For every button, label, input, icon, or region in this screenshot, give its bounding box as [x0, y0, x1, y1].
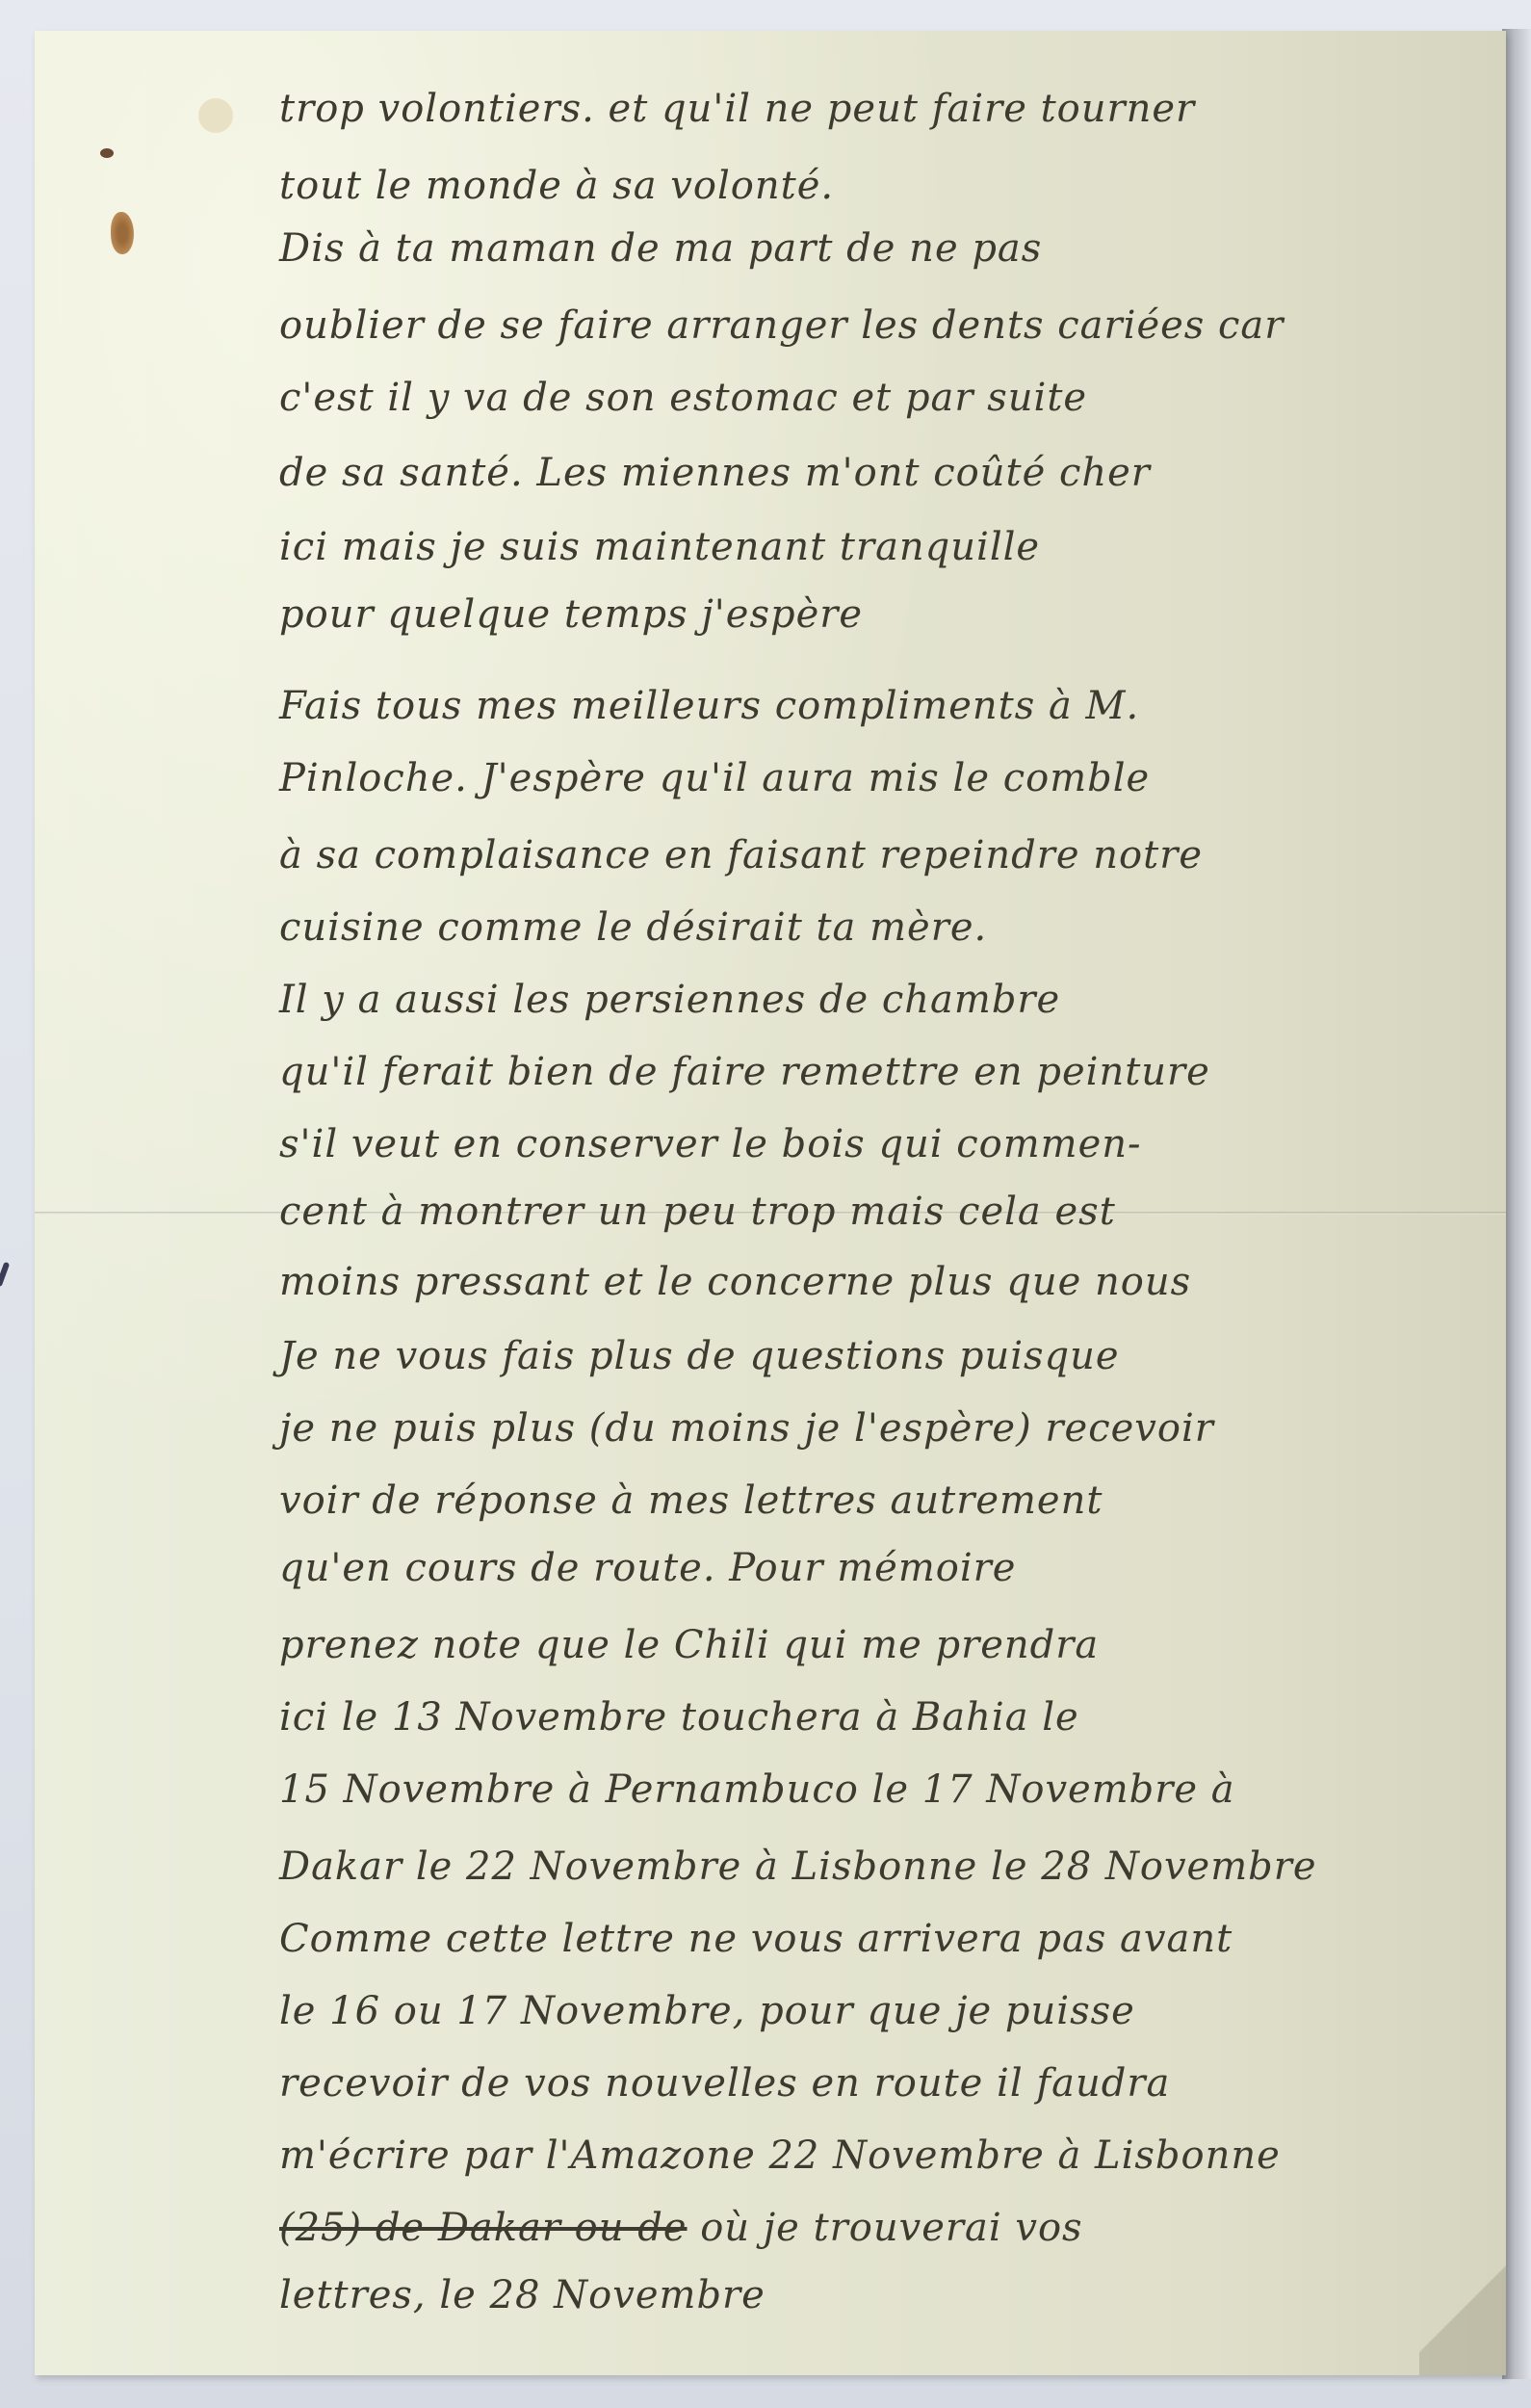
text-line: voir de réponse à mes lettres autrement [279, 1479, 1473, 1523]
ink-mark [0, 1262, 10, 1287]
text-line: prenez note que le Chili qui me prendra [279, 1623, 1473, 1667]
text-line: ici le 13 Novembre touchera à Bahia le [279, 1695, 1473, 1740]
text-line: pour quelque temps j'espère [279, 592, 1473, 637]
text-line: Dis à ta maman de ma part de ne pas [279, 226, 1473, 271]
rust-stain [111, 212, 134, 254]
text-line: cent à montrer un peu trop mais cela est [279, 1190, 1473, 1234]
text-line: s'il veut en conserver le bois qui comme… [279, 1122, 1473, 1166]
text-line: Je ne vous fais plus de questions puisqu… [279, 1334, 1473, 1378]
rust-dot [100, 148, 114, 158]
text-line: Dakar le 22 Novembre à Lisbonne le 28 No… [279, 1845, 1473, 1889]
text-line: qu'en cours de route. Pour mémoire [279, 1546, 1473, 1590]
text-line: je ne puis plus (du moins je l'espère) r… [279, 1406, 1473, 1451]
text-line: (25) de Dakar ou de où je trouverai vos [279, 2206, 1473, 2250]
text-line: moins pressant et le concerne plus que n… [279, 1260, 1473, 1304]
text-line: Pinloche. J'espère qu'il aura mis le com… [279, 756, 1473, 800]
text-line: recevoir de vos nouvelles en route il fa… [279, 2061, 1473, 2106]
text-line: lettres, le 28 Novembre [279, 2273, 1473, 2317]
text-line: m'écrire par l'Amazone 22 Novembre à Lis… [279, 2133, 1473, 2178]
text-line: 15 Novembre à Pernambuco le 17 Novembre … [279, 1767, 1473, 1812]
text-line: qu'il ferait bien de faire remettre en p… [279, 1050, 1473, 1094]
text-line: cuisine comme le désirait ta mère. [279, 905, 1473, 950]
text-line: oublier de se faire arranger les dents c… [279, 303, 1473, 348]
page-shadow [1502, 29, 1531, 2379]
text-line: Il y a aussi les persiennes de chambre [279, 978, 1473, 1022]
text-line: Fais tous mes meilleurs compliments à M. [279, 684, 1473, 728]
faint-stain [198, 98, 233, 133]
text-line: le 16 ou 17 Novembre, pour que je puisse [279, 1989, 1473, 2033]
text-line: c'est il y va de son estomac et par suit… [279, 376, 1473, 420]
text-line: tout le monde à sa volonté. [279, 164, 1473, 208]
text-line: ici mais je suis maintenant tranquille [279, 525, 1473, 569]
text-line: Comme cette lettre ne vous arrivera pas … [279, 1917, 1473, 1961]
text-line: à sa complaisance en faisant repeindre n… [279, 833, 1473, 877]
text-line: de sa santé. Les miennes m'ont coûté che… [279, 451, 1473, 495]
text-line: trop volontiers. et qu'il ne peut faire … [279, 87, 1473, 131]
